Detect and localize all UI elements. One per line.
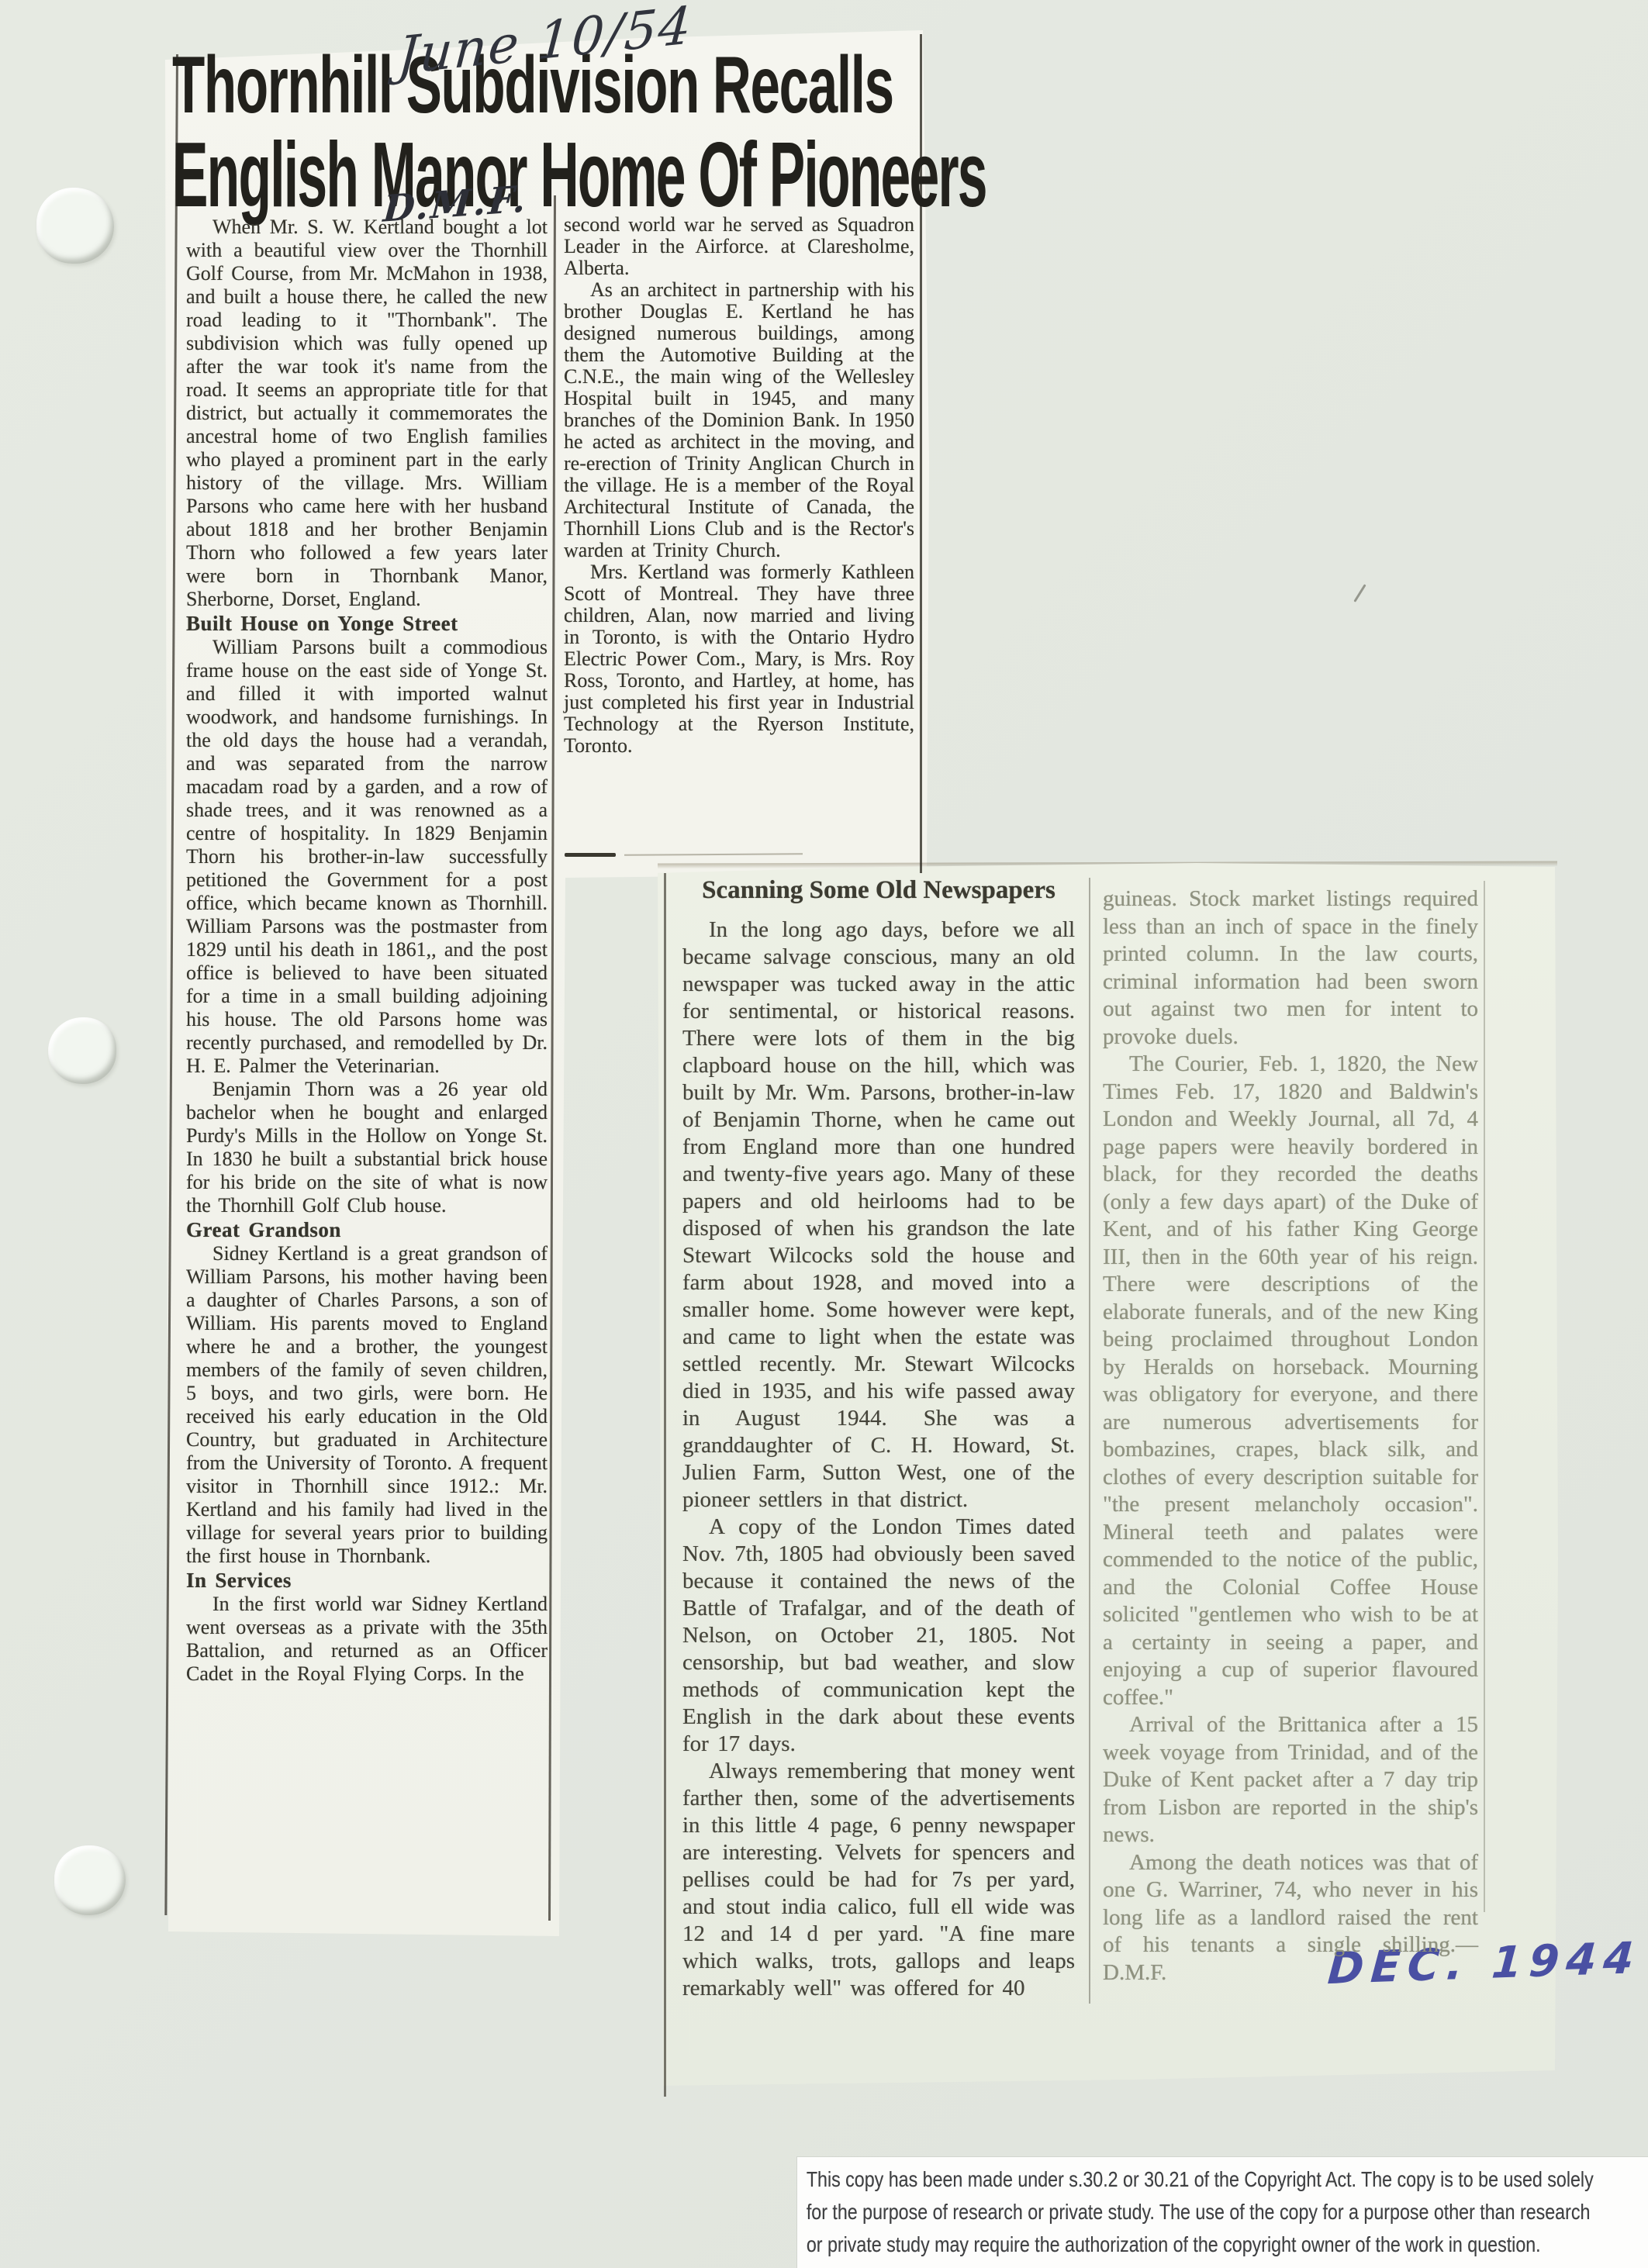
headline-line2: English Manor Home Of Pioneers bbox=[172, 132, 986, 219]
paragraph: When Mr. S. W. Kertland bought a lot wit… bbox=[186, 216, 548, 611]
stray-mark bbox=[1353, 584, 1366, 602]
paragraph: In the long ago days, before we all beca… bbox=[682, 917, 1075, 1514]
paragraph: second world war he served as Squadron L… bbox=[564, 214, 914, 279]
copyright-line: for the purpose of research or private s… bbox=[797, 2196, 1516, 2228]
paragraph: Always remembering that money went farth… bbox=[682, 1758, 1075, 2002]
copyright-line: This copy has been made under s.30.2 or … bbox=[797, 2163, 1516, 2196]
clipping2-column1: In the long ago days, before we all beca… bbox=[682, 917, 1075, 2002]
paragraph: Sidney Kertland is a great grandson of W… bbox=[186, 1242, 548, 1568]
subhead-in-services: In Services bbox=[186, 1569, 548, 1592]
copyright-line: or private study may require the authori… bbox=[797, 2228, 1516, 2261]
paragraph: A copy of the London Times dated Nov. 7t… bbox=[682, 1514, 1075, 1758]
paragraph: The Courier, Feb. 1, 1820, the New Times… bbox=[1103, 1051, 1478, 1711]
paragraph: As an architect in partnership with his … bbox=[564, 279, 914, 561]
subhead-built-house-on-yonge-street: Built House on Yonge Street bbox=[186, 612, 548, 635]
clipping1-column1: When Mr. S. W. Kertland bought a lot wit… bbox=[186, 216, 548, 1686]
hole-punch-bottom bbox=[54, 1845, 126, 1915]
hole-punch-middle bbox=[48, 1017, 116, 1084]
paragraph: William Parsons built a commodious frame… bbox=[186, 636, 548, 1078]
paragraph: In the first world war Sidney Kertland w… bbox=[186, 1593, 548, 1686]
column-rule bbox=[664, 873, 666, 2097]
clipping2-column2-faded: guineas. Stock market listings required … bbox=[1103, 885, 1478, 1987]
hole-punch-top bbox=[36, 188, 114, 264]
paragraph: Arrival of the Brittanica after a 15 wee… bbox=[1103, 1711, 1478, 1849]
copyright-notice: This copy has been made under s.30.2 or … bbox=[797, 2157, 1648, 2268]
article-end-rule bbox=[565, 853, 616, 857]
paragraph: Among the death notices was that of one … bbox=[1103, 1849, 1478, 1987]
clipping1-column2: second world war he served as Squadron L… bbox=[564, 214, 914, 757]
paragraph: Mrs. Kertland was formerly Kathleen Scot… bbox=[564, 561, 914, 757]
column-rule bbox=[1484, 881, 1485, 1912]
paragraph: Benjamin Thorn was a 26 year old bachelo… bbox=[186, 1078, 548, 1217]
column-rule bbox=[1089, 878, 1090, 2004]
scanned-scrapbook-page: Thornhill Subdivision Recalls English Ma… bbox=[0, 0, 1648, 2268]
clipping2-title: Scanning Some Old Newspapers bbox=[682, 876, 1075, 905]
paragraph: guineas. Stock market listings required … bbox=[1103, 885, 1478, 1051]
subhead-great-grandson: Great Grandson bbox=[186, 1218, 548, 1241]
